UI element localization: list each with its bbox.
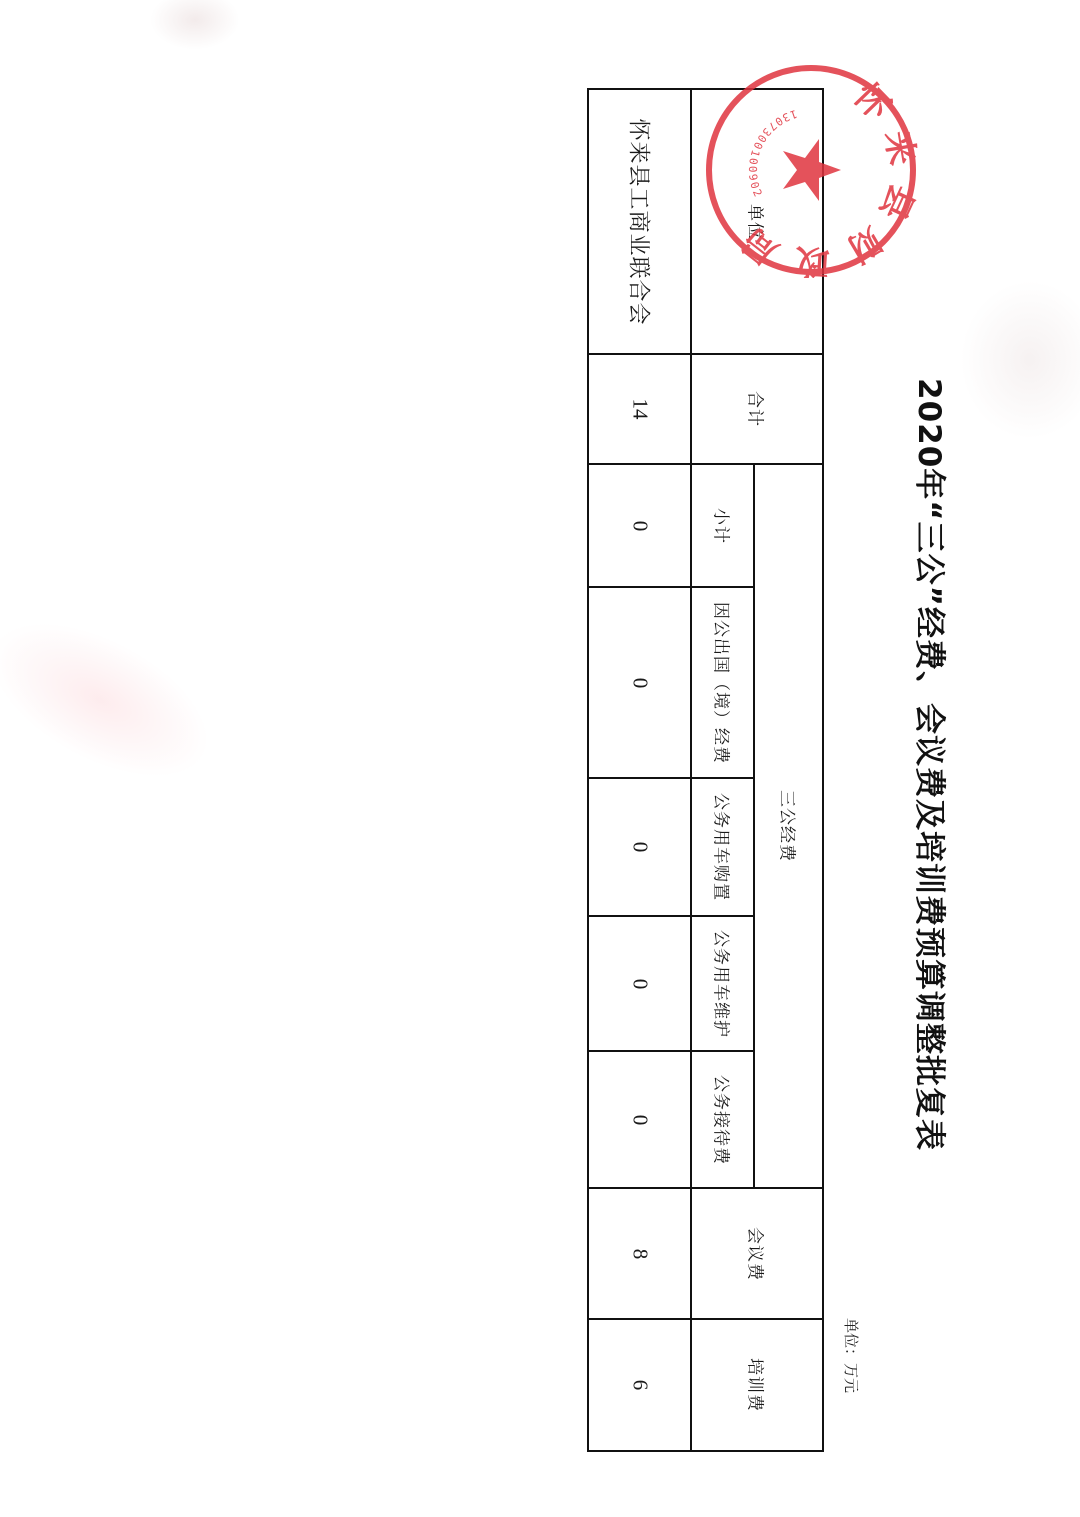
- table-cell-training: 6: [587, 1318, 692, 1452]
- table-cell-reception: 0: [587, 1050, 692, 1189]
- header-reception: 公务接待费: [690, 1050, 755, 1189]
- header-vehicle-maintenance: 公务用车维护: [690, 915, 755, 1052]
- table-cell-overseas: 0: [587, 586, 692, 779]
- header-meeting: 会议费: [690, 1187, 824, 1320]
- header-total: 合计: [690, 353, 824, 465]
- header-unit: 单位: [690, 88, 824, 355]
- table-row-unit: 怀来县工商业联合会: [587, 88, 692, 355]
- header-vehicle-purchase: 公务用车购置: [690, 777, 755, 917]
- table-cell-vehicle-maintenance: 0: [587, 915, 692, 1052]
- scan-smudge: [960, 280, 1080, 440]
- table-cell-meeting: 8: [587, 1187, 692, 1320]
- header-overseas: 因公出国（境）经费: [690, 586, 755, 779]
- scan-smudge: [150, 0, 240, 50]
- header-subtotal: 小计: [690, 463, 755, 588]
- document-title: 2020年“三公”经费、会议费及培训费预算调整批复表: [910, 378, 955, 1151]
- table-cell-vehicle-purchase: 0: [587, 777, 692, 917]
- table-cell-total: 14: [587, 353, 692, 465]
- header-training: 培训费: [690, 1318, 824, 1452]
- header-sangong-group: 三公经费: [753, 463, 824, 1189]
- scan-smudge: [0, 591, 234, 810]
- unit-label: 单位：万元: [841, 1318, 862, 1393]
- table-cell-subtotal: 0: [587, 463, 692, 588]
